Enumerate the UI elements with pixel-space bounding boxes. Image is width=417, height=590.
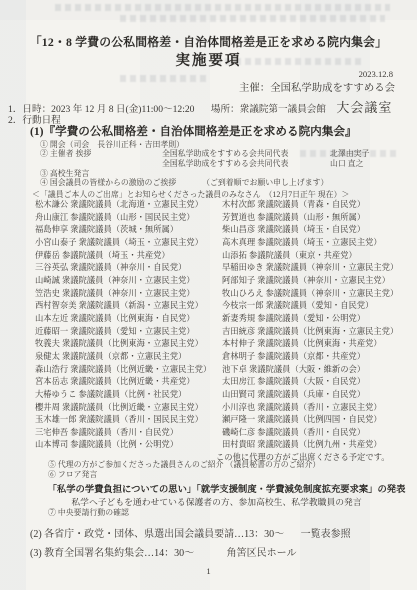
section3-hall: 角筈区民ホール <box>227 548 297 559</box>
attendee-row: 今枝宗一郎 衆議院議員（愛知・自民党） <box>222 300 414 313</box>
bleedthrough-artifact <box>120 75 210 82</box>
attendee-row: 三宅伸吾 参議院議員（香川・自民党） <box>35 427 217 440</box>
page-number: 1 <box>0 566 417 576</box>
step2-org-2: 全国私学助成をすすめる会共同代表 <box>162 158 288 169</box>
attendee-row: 池下卓 衆議院議員（大阪・維新の会） <box>222 364 414 377</box>
document-title: 「12・8 学費の公私間格差・自治体間格差是正を求める院内集会」 <box>0 33 417 50</box>
attendee-column-right: 木村次郎 衆議院議員（青森・自民党）芳賀道也 参議院議員（山形・無所属）柴山昌彦… <box>222 199 414 465</box>
step4-note: （ご到着順でお願い申し上げます） <box>202 178 328 187</box>
bleedthrough-artifact <box>120 15 385 22</box>
attendee-row: 山田賢司 衆議院議員（兵庫・自民党） <box>222 389 414 402</box>
section2-line: (2) 各省庁・政党・団体、県選出国会議員要請…13：30～ 一覧表参照 <box>30 525 351 540</box>
program-step-2: ② 主催者 挨拶 <box>40 148 91 159</box>
attendee-row: 瀬戸隆一 衆議院議員（比例四国・自民党） <box>222 414 414 427</box>
attendee-row: 舟山康江 参議院議員（山形・国民民主党） <box>35 212 217 225</box>
attendee-row: 笠浩史 衆議院議員（神奈川・立憲民主党） <box>35 288 217 301</box>
attendee-row: 太田房江 参議院議員（大阪・自民党） <box>222 376 414 389</box>
document-date: 2023.12.8 <box>359 69 393 79</box>
bleedthrough-artifact <box>55 4 390 11</box>
attendee-row: 宮本岳志 衆議院議員（比例近畿・共産党） <box>35 376 217 389</box>
document-subtitle: 実施要項 <box>0 49 417 70</box>
attendee-row: 森山浩行 衆議院議員（比例近畿・立憲民主党） <box>35 364 217 377</box>
attendee-row: 倉林明子 参議院議員（京都・共産党） <box>222 351 414 364</box>
attendee-row: 吉田統彦 衆議院議員（比例東海・立憲民主党） <box>222 326 414 339</box>
attendee-row: 牧義夫 衆議院議員（比例東海・立憲民主党） <box>35 338 217 351</box>
attendee-row: 阿部知子 衆議院議員（神奈川・立憲民主党） <box>222 275 414 288</box>
attendee-row: 伊藤岳 参議院議員（埼玉・共産党） <box>35 250 217 263</box>
attendee-row: 三谷英弘 衆議院議員（神奈川・自民党） <box>35 262 217 275</box>
attendee-row: 柴山昌彦 衆議院議員（埼玉・自民党） <box>222 224 414 237</box>
section3-body: (3) 教育全国署名集約集会…14：30～ <box>30 548 194 559</box>
attendee-row: 木村次郎 衆議院議員（青森・自民党） <box>222 199 414 212</box>
scanned-document-page: 「12・8 学費の公私間格差・自治体間格差是正を求める院内集会」 実施要項 20… <box>0 0 417 590</box>
attendee-row: 小川淳也 衆議院議員（香川・立憲民主党） <box>222 402 414 415</box>
attendee-row: 小宮山泰子 衆議院議員（埼玉・立憲民主党） <box>35 237 217 250</box>
datetime-place-line: 1．日時：2023 年 12 月 8 日(金)11:00～12:20 場所：衆議… <box>8 97 392 116</box>
section1-heading: (1)『学費の公私間格差・自治体間格差是正を求める院内集会』 <box>30 123 357 139</box>
attendee-row: 山添拓 参議院議員（東京・共産党） <box>222 250 414 263</box>
attendee-row: 山崎誠 衆議院議員（神奈川・立憲民主党） <box>35 275 217 288</box>
room-label: 大会議室 <box>336 100 392 115</box>
program-step-4: ④ 国会議員の皆様からの激励のご挨拶 （ご到着順でお願い申し上げます） <box>40 177 328 188</box>
program-step-7: ⑦ 中央要請行動の確認 <box>48 507 129 518</box>
attendee-row: 新妻秀規 参議院議員（愛知・公明党） <box>222 313 414 326</box>
attendee-row: 福島伸享 衆議院議員（茨城・無所属） <box>35 224 217 237</box>
attendee-row: 高木真理 参議院議員（埼玉・立憲民主党） <box>222 237 414 250</box>
attendee-row: 磯崎仁彦 参議院議員（香川・自民党） <box>222 427 414 440</box>
attendee-row: 玉木雄一郎 衆議院議員（香川・国民民主党） <box>35 414 217 427</box>
attendee-row: 田村貴昭 衆議院議員（比例九州・共産党） <box>222 439 414 452</box>
section2-body: (2) 各省庁・政党・団体、県選出国会議員要請…13：30～ <box>30 529 284 540</box>
attendee-row: 大椿ゆうこ 参議院議員（比例・社民党） <box>35 389 217 402</box>
attendee-rows-left: 松木謙公 衆議院議員（北海道・立憲民主党）舟山康江 参議院議員（山形・国民民主党… <box>35 199 217 452</box>
organizer-line: 主催：全国私学助成をすすめる会 <box>239 79 395 94</box>
section2-reference: 一覧表参照 <box>301 529 351 540</box>
attendee-row: 山本博司 参議院議員（比例・公明党） <box>35 439 217 452</box>
place-label: 場所：衆議院第一議員会館 <box>211 104 326 115</box>
attendee-column-left: 松木謙公 衆議院議員（北海道・立憲民主党）舟山康江 参議院議員（山形・国民民主党… <box>35 199 217 452</box>
step2-name-2: 山口 直之 <box>330 158 364 169</box>
attendee-row: 櫻井周 衆議院議員（比例近畿・立憲民主党） <box>35 402 217 415</box>
attendee-row: 早稲田ゆき 衆議院議員（神奈川・立憲民主党） <box>222 262 414 275</box>
attendee-rows-right: 木村次郎 衆議院議員（青森・自民党）芳賀道也 参議院議員（山形・無所属）柴山昌彦… <box>222 199 414 452</box>
attendee-row: 芳賀道也 参議院議員（山形・無所属） <box>222 212 414 225</box>
attendee-row: 本村伸子 衆議院議員（比例東海・共産党） <box>222 338 414 351</box>
section3-line: (3) 教育全国署名集約集会…14：30～ 角筈区民ホール <box>30 544 296 559</box>
attendee-row: 松木謙公 衆議院議員（北海道・立憲民主党） <box>35 199 217 212</box>
program-step-6: ⑥ フロア発言 <box>48 469 97 480</box>
step4-label: ④ 国会議員の皆様からの激励のご挨拶 <box>40 178 176 187</box>
attendee-row: 山本左近 衆議院議員（比例東海・自民党） <box>35 313 217 326</box>
attendee-row: 泉健太 衆議院議員（京都・立憲民主党） <box>35 351 217 364</box>
attendee-row: 牧山ひろえ 参議院議員（神奈川・立憲民主党） <box>222 288 414 301</box>
floor-announcement-line: 「私学の学費負担についての思い」「就学支援制度・学費減免制度拡充要求案」の発表 <box>46 481 407 495</box>
attendee-row: 西村智奈美 衆議院議員（新潟・立憲民主党） <box>35 300 217 313</box>
attendee-row: 近藤昭一 衆議院議員（愛知・立憲民主党） <box>35 326 217 339</box>
